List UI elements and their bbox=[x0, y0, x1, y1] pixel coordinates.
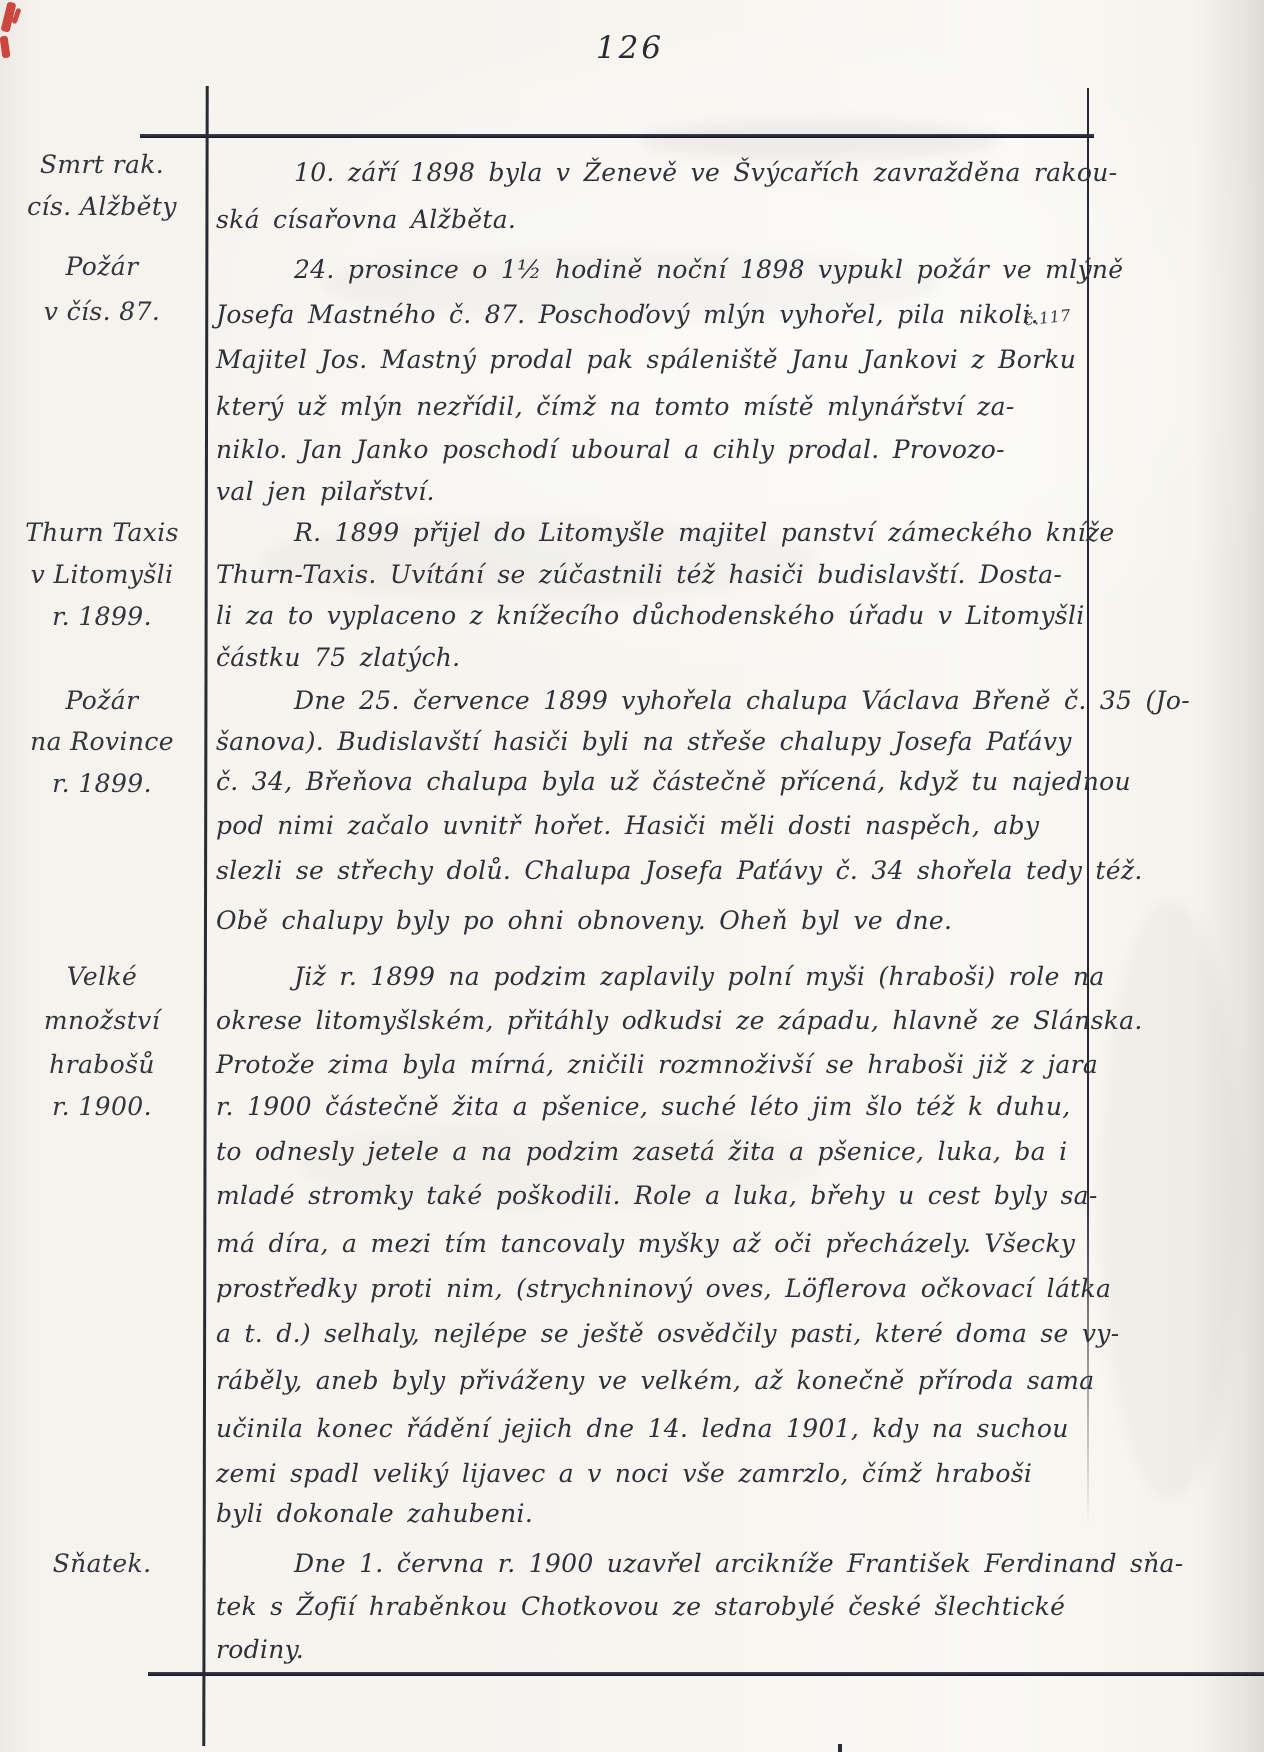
margin-divider-line bbox=[202, 86, 208, 1746]
body-line: zemi spadl veliký lijavec a v noci vše z… bbox=[216, 1459, 1088, 1488]
body-line: r. 1900 částečně žita a pšenice, suché l… bbox=[216, 1092, 1088, 1121]
red-ink-mark bbox=[0, 36, 10, 59]
bottom-rule-line bbox=[148, 1672, 1264, 1676]
page-edge-shadow bbox=[1194, 0, 1264, 1752]
bleedthrough-smudge bbox=[640, 120, 1000, 160]
body-line: okrese litomyšlském, přitáhly odkudsi ze… bbox=[216, 1006, 1088, 1035]
body-line: Obě chalupy byly po ohni obnoveny. Oheň … bbox=[216, 906, 1088, 935]
body-line: slezli se střechy dolů. Chalupa Josefa P… bbox=[216, 856, 1088, 885]
body-line: prostředky proti nim, (strychninový oves… bbox=[216, 1274, 1088, 1303]
margin-note-line: Smrt rak. bbox=[8, 150, 196, 179]
body-line: to odnesly jetele a na podzim zasetá žit… bbox=[216, 1137, 1088, 1166]
body-line: val jen pilařství. bbox=[216, 477, 1088, 506]
margin-note-line: hrabošů bbox=[8, 1050, 196, 1079]
margin-note-line: r. 1899. bbox=[8, 769, 196, 798]
margin-note-line: Požár bbox=[8, 252, 196, 281]
body-line: Již r. 1899 na podzim zaplavily polní my… bbox=[216, 962, 1166, 991]
body-line: byli dokonale zahubeni. bbox=[216, 1499, 1088, 1528]
body-line: a t. d.) selhaly, nejlépe se ještě osvěd… bbox=[216, 1319, 1088, 1348]
margin-note-line: r. 1900. bbox=[8, 1092, 196, 1121]
body-line: učinila konec řádění jejich dne 14. ledn… bbox=[216, 1414, 1088, 1443]
body-line: pod nimi začalo uvnitř hořet. Hasiči měl… bbox=[216, 811, 1088, 840]
body-line: šanova). Budislavští hasiči byli na stře… bbox=[216, 727, 1088, 756]
body-line: ráběly, aneb byly přiváženy ve velkém, a… bbox=[216, 1366, 1088, 1395]
body-line: který už mlýn nezřídil, čímž na tomto mí… bbox=[216, 392, 1088, 421]
body-line: č. 34, Břeňova chalupa byla už částečně … bbox=[216, 767, 1088, 796]
margin-note-line: množství bbox=[8, 1006, 196, 1035]
body-line: tek s Žofií hraběnkou Chotkovou ze staro… bbox=[216, 1592, 1088, 1621]
body-line: Protože zima byla mírná, zničili rozmnož… bbox=[216, 1050, 1088, 1079]
margin-note-line: v Litomyšli bbox=[8, 560, 196, 589]
body-line: mladé stromky také poškodili. Role a luk… bbox=[216, 1181, 1088, 1210]
margin-note-line: Požár bbox=[8, 686, 196, 715]
margin-note-line: v čís. 87. bbox=[8, 297, 196, 326]
body-line: niklo. Jan Janko poschodí uboural a cihl… bbox=[216, 435, 1088, 464]
body-line: 10. září 1898 byla v Ženevě ve Švýcařích… bbox=[216, 158, 1166, 187]
margin-note-line: Velké bbox=[8, 962, 196, 991]
chronicle-page-scan: 126 Smrt rak. cís. Alžběty Požár v čís. … bbox=[0, 0, 1264, 1752]
body-line: 24. prosince o 1½ hodině noční 1898 vypu… bbox=[216, 255, 1166, 284]
body-line: Majitel Jos. Mastný prodal pak spáleništ… bbox=[216, 345, 1088, 374]
body-line: Josefa Mastného č. 87. Poschoďový mlýn v… bbox=[216, 300, 1088, 329]
body-line: částku 75 zlatých. bbox=[216, 643, 1088, 672]
margin-note-line: r. 1899. bbox=[8, 602, 196, 631]
stray-ink-mark bbox=[838, 1744, 842, 1752]
body-line: Dne 25. července 1899 vyhořela chalupa V… bbox=[216, 686, 1166, 715]
body-line: Thurn-Taxis. Uvítání se zúčastnili též h… bbox=[216, 560, 1088, 589]
body-line: má díra, a mezi tím tancovaly myšky až o… bbox=[216, 1229, 1088, 1258]
page-number: 126 bbox=[560, 30, 700, 66]
top-rule-line bbox=[140, 134, 1094, 138]
margin-note-line: Sňatek. bbox=[8, 1549, 196, 1578]
margin-note-line: cís. Alžběty bbox=[8, 192, 196, 221]
body-line: Dne 1. června r. 1900 uzavřel arcikníže … bbox=[216, 1549, 1166, 1578]
body-line: li za to vyplaceno z knížecího důchodens… bbox=[216, 601, 1088, 630]
margin-note-line: Thurn Taxis bbox=[8, 518, 196, 547]
body-line: ská císařovna Alžběta. bbox=[216, 205, 1088, 234]
body-line: R. 1899 přijel do Litomyšle majitel pans… bbox=[216, 518, 1166, 547]
margin-note-line: na Rovince bbox=[8, 727, 196, 756]
body-line: rodiny. bbox=[216, 1635, 1088, 1664]
